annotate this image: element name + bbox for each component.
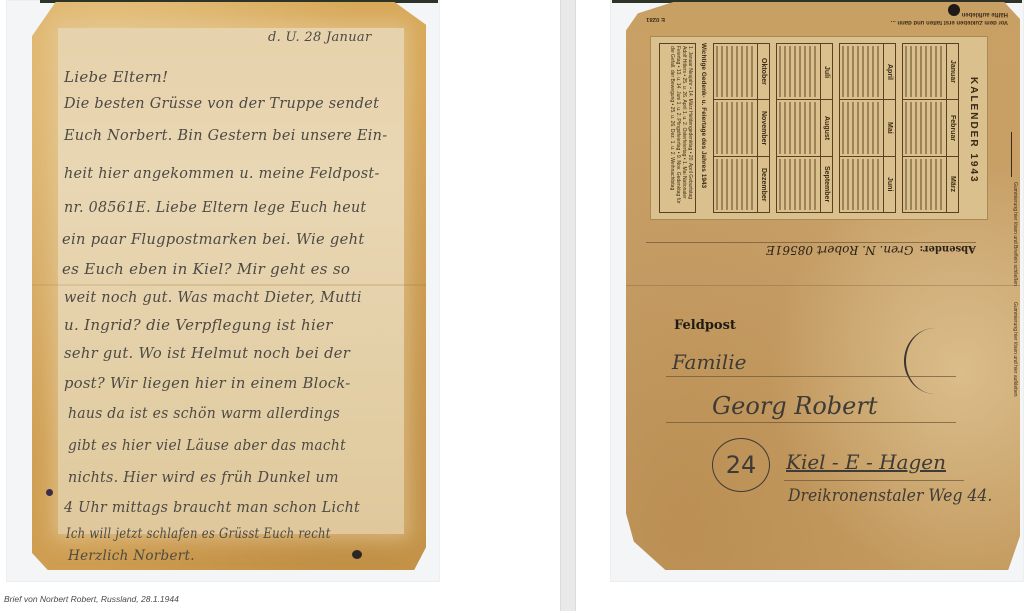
image-caption: Brief von Norbert Robert, Russland, 28.1… <box>4 594 179 604</box>
calendar-month: September <box>777 157 832 212</box>
sender-label: Absender: <box>920 243 976 254</box>
calendar-month: Oktober <box>714 44 769 100</box>
letter-line: ein paar Flugpostmarken bei. Wie geht <box>62 230 365 248</box>
letter-line: Ich will jetzt schlafen es Grüsst Euch r… <box>66 526 331 542</box>
letter-line: post? Wir liegen hier in einem Block- <box>64 374 351 392</box>
calendar-1943: KALENDER 1943 Januar Februar März April … <box>650 36 988 220</box>
letter-line: 4 Uhr mittags braucht man schon Licht <box>64 498 360 516</box>
ink-spot <box>46 489 53 496</box>
calendar-month: Dezember <box>714 157 769 212</box>
side-note: Gummierung hier lösen und Brieflein schl… <box>1012 182 1018 292</box>
side-note: Gummierung hier lösen und hier aufkleben <box>1012 302 1018 412</box>
sender-line: Absender:Gren. N. Robert 08561E <box>766 243 976 257</box>
recipient-city: Kiel - E - Hagen <box>786 450 946 474</box>
letter-line: heit hier angekommen u. meine Feldpost- <box>64 164 380 182</box>
letter-line: sehr gut. Wo ist Helmut noch bei der <box>64 344 350 362</box>
fold-line <box>626 285 1020 286</box>
ink-spot <box>352 550 362 559</box>
letter-line: Euch Norbert. Bin Gestern bei unsere Ein… <box>64 126 387 144</box>
calendar-holidays: Wichtige Gedenk- u. Feiertage des Jahres… <box>659 43 707 213</box>
address-rule <box>784 480 964 481</box>
side-arrow <box>1011 132 1012 177</box>
letter-date: d. U. 28 Januar <box>268 30 371 45</box>
recipient-street: Dreikronenstaler Weg 44. <box>788 486 992 506</box>
letter-line: gibt es hier viel Läuse aber das macht <box>68 436 346 454</box>
letter-line: es Euch eben in Kiel? Mir geht es so <box>62 260 350 278</box>
recipient-line-2: Georg Robert <box>712 392 878 420</box>
address-rule <box>666 376 956 377</box>
calendar-month: März <box>903 157 958 212</box>
fold-line <box>32 284 426 286</box>
form-number: E 0281 <box>646 16 665 22</box>
letter-line: Die besten Grüsse von der Truppe sendet <box>64 94 379 112</box>
calendar-month: April <box>840 44 895 100</box>
postmark-stamp <box>904 328 966 394</box>
ink-spot <box>948 4 960 16</box>
postcard-image[interactable]: Vor dem Zukleben erst falten und dann ..… <box>626 2 1020 570</box>
calendar-column: Oktober November Dezember <box>713 43 770 213</box>
letter-line: haus da ist es schön warm allerdings <box>68 404 340 422</box>
letter-signature: Herzlich Norbert. <box>68 548 195 564</box>
calendar-month: Mai <box>840 100 895 156</box>
calendar-month: Januar <box>903 44 958 100</box>
calendar-column: April Mai Juni <box>839 43 896 213</box>
letter-line: nichts. Hier wird es früh Dunkel um <box>68 468 339 486</box>
letter-line: Liebe Eltern! <box>64 68 168 86</box>
letter-line: weit noch gut. Was macht Dieter, Mutti <box>64 288 362 306</box>
postal-district-circle: 24 <box>712 438 770 492</box>
letter-line: u. Ingrid? die Verpflegung ist hier <box>64 316 333 334</box>
calendar-column: Januar Februar März <box>902 43 959 213</box>
feldpost-label: Feldpost <box>674 318 736 333</box>
calendar-month: Juli <box>777 44 832 100</box>
calendar-month: November <box>714 100 769 156</box>
holidays-list: 1. Januar Neujahr • 14. März Heldengeden… <box>659 43 696 213</box>
letter-image[interactable]: d. U. 28 Januar Liebe Eltern! Die besten… <box>32 2 426 570</box>
gallery-divider <box>560 0 576 611</box>
calendar-title: KALENDER 1943 <box>965 43 979 213</box>
calendar-column: Juli August September <box>776 43 833 213</box>
calendar-month: Juni <box>840 157 895 212</box>
sender-value: Gren. N. Robert 08561E <box>766 243 914 257</box>
letter-line: nr. 08561E. Liebe Eltern lege Euch heut <box>64 198 366 216</box>
calendar-month: Februar <box>903 100 958 156</box>
holidays-title: Wichtige Gedenk- u. Feiertage des Jahres… <box>698 43 707 213</box>
calendar-month: August <box>777 100 832 156</box>
recipient-line-1: Familie <box>672 350 746 374</box>
address-rule <box>666 422 956 423</box>
